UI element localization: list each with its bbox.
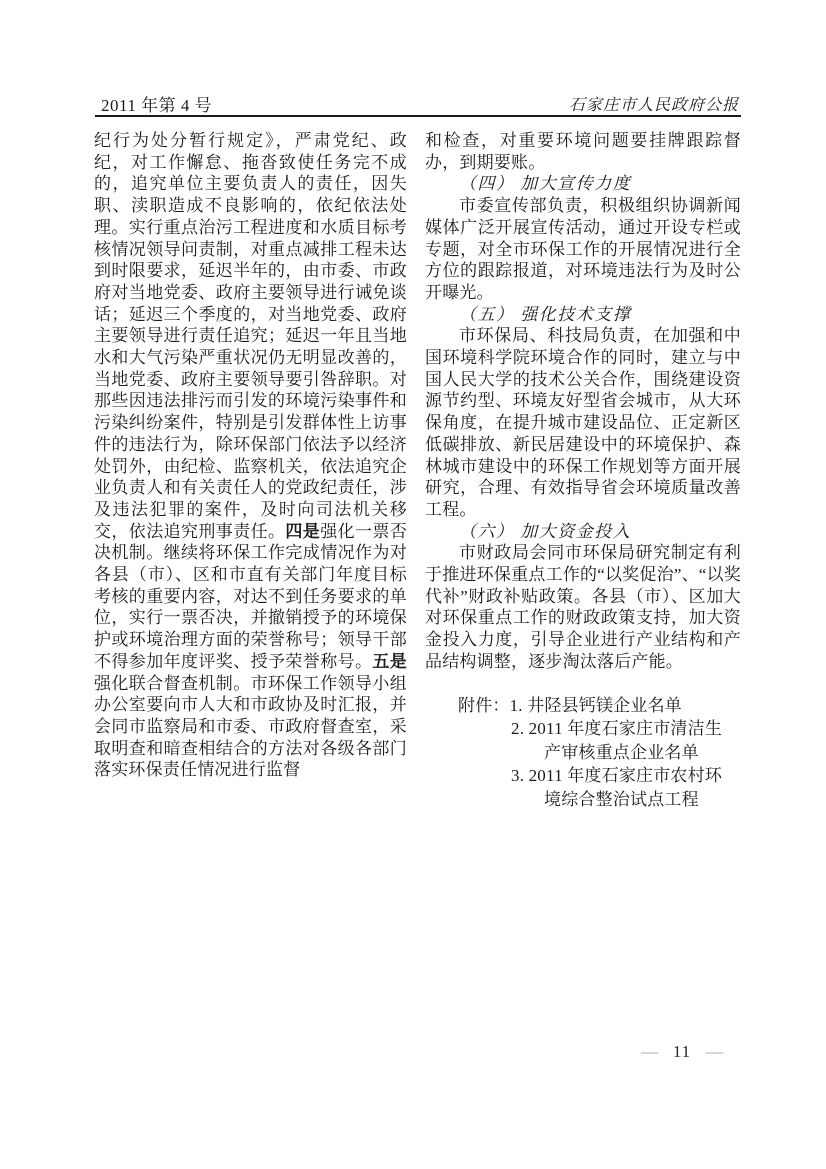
attachment-item-1: 附件：1. 井陉县钙镁企业名单: [458, 694, 741, 718]
attachment-item-3-line-1: 3. 2011 年度石家庄市农村环: [511, 764, 741, 788]
header-rule: [95, 115, 741, 117]
attachment-item-2-line-2: 产审核重点企业名单: [544, 741, 741, 765]
right-paragraph-continuation: 和检查，对重要环境问题要挂牌跟踪督办，到期要账。: [425, 130, 741, 173]
attachment-item-3-line-2: 境综合整治试点工程: [544, 788, 741, 812]
section-heading-6: （六） 加大资金投入: [425, 521, 741, 543]
right-paragraph-6: 市财政局会同市环保局研究制定有利于推进环保重点工作的“以奖促治”、“以奖代补”财…: [425, 542, 741, 672]
gazette-page: 2011 年第 4 号 石家庄市人民政府公报 纪行为处分暂行规定》，严肃党纪、政…: [0, 0, 826, 1169]
page-number-dash-right: —: [706, 1042, 723, 1062]
left-bold-fifth: 五是: [372, 652, 407, 671]
left-bold-fourth: 四是: [285, 522, 320, 541]
attachment-item-2-line-1: 2. 2011 年度石家庄市清洁生: [511, 717, 741, 741]
header-issue-number: 2011 年第 4 号: [101, 91, 212, 116]
attachment-item-1-text: 1. 井陉县钙镁企业名单: [510, 696, 682, 715]
page-number-footer: — 11 —: [641, 1042, 723, 1062]
left-column-paragraph: 纪行为处分暂行规定》，严肃党纪、政纪，对工作懈怠、拖沓致使任务完不成的，追究单位…: [94, 130, 407, 781]
right-paragraph-5: 市环保局、科技局负责，在加强和中国环境科学院环境合作的同时，建立与中国人民大学的…: [425, 325, 741, 520]
right-paragraph-4: 市委宣传部负责，积极组织协调新闻媒体广泛开展宣传活动，通过开设专栏或专题，对全市…: [425, 195, 741, 304]
left-text-part3: 强化联合督查机制。市环保工作领导小组办公室要向市人大和市政协及时汇报，并会同市监…: [94, 674, 407, 780]
attachments-label: 附件：: [458, 696, 510, 715]
left-text-part2: 强化一票否决机制。继续将环保工作完成情况作为对各县（市）、区和市直有关部门年度目…: [94, 522, 407, 671]
left-column: 纪行为处分暂行规定》，严肃党纪、政纪，对工作懈怠、拖沓致使任务完不成的，追究单位…: [94, 130, 407, 781]
page-number: 11: [673, 1042, 691, 1062]
section-heading-5: （五） 强化技术支撑: [425, 304, 741, 326]
page-number-dash-left: —: [641, 1042, 658, 1062]
right-column: 和检查，对重要环境问题要挂牌跟踪督办，到期要账。 （四） 加大宣传力度 市委宣传…: [425, 130, 741, 811]
section-heading-4: （四） 加大宣传力度: [425, 173, 741, 195]
attachments-block: 附件：1. 井陉县钙镁企业名单 2. 2011 年度石家庄市清洁生 产审核重点企…: [458, 694, 741, 812]
header-publication-title: 石家庄市人民政府公报: [569, 92, 739, 115]
left-text-part1: 纪行为处分暂行规定》，严肃党纪、政纪，对工作懈怠、拖沓致使任务完不成的，追究单位…: [94, 131, 407, 541]
